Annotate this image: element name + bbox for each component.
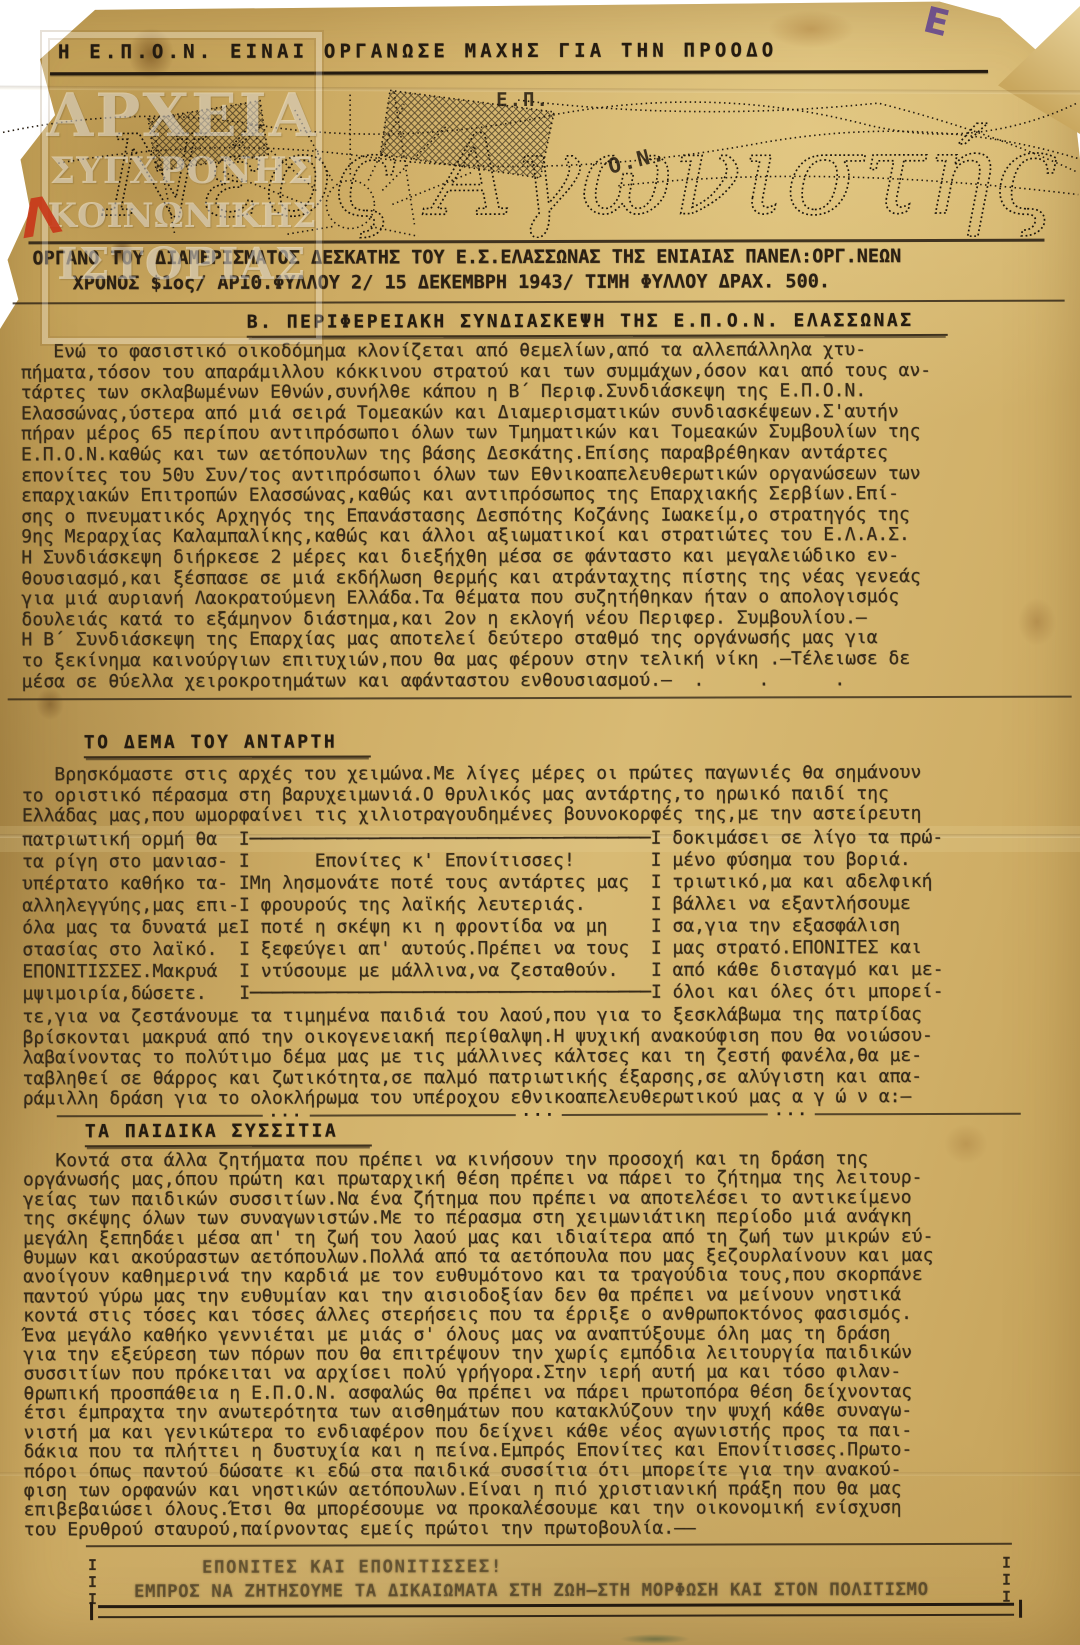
watermark-line: ΣΥΓΧΡΟΝΗΣ (50, 148, 314, 194)
column-text-line: ΕΠΟΝΙΤΙΣΣΕΣ.Μακρυά Ι ντύσουμε με μάλλινα… (22, 959, 943, 983)
footer-slogan-line1: ΕΠΟΝΙΤΕΣ ΚΑΙ ΕΠΟΝΙΤΙΣΣΕΣ! (202, 1557, 503, 1578)
edge-mark: Ι (88, 1557, 97, 1574)
text-line: του Ερυθρού σταυρού,παίρνοντας εμείς πρώ… (24, 1518, 934, 1540)
watermark-line: ΑΡΧΕΙΑ (47, 84, 318, 148)
column-text-line: όλα μας τα δυνατά μεΙ ποτέ η σκέψη κι η … (22, 915, 943, 939)
footer-edge-marks-right: ΙΙΙ (1002, 1555, 1011, 1606)
column-text-line: στασίας στο λαϊκό. Ι ξεφεύγει απ' αυτούς… (22, 937, 943, 961)
article1-heading: Β. ΠΕΡΙΦΕΡΕΙΑΚΗ ΣΥΝΔΙΑΣΚΕΨΗ ΤΗΣ Ε.Π.Ο.Ν.… (247, 310, 948, 338)
article2-body-top: Βρησκόμαστε στις αρχές του χειμώνα.Με λί… (22, 763, 922, 827)
edge-mark: Ι (88, 1574, 97, 1591)
footer-heavy-rule (98, 1603, 1014, 1618)
footer-slogan-line2: ΕΜΠΡΟΣ ΝΑ ΖΗΤΗΣΟΥΜΕ ΤΑ ΔΙΚΑΙΩΜΑΤΑ ΣΤΗ ΖΩ… (134, 1580, 929, 1602)
flag-label-ep: Ε.Π. (496, 89, 550, 111)
article1-body: Ενώ το φασιστικό οικοδόμημα κλονίζεται α… (21, 340, 932, 692)
article3-body: Κοντά στα άλλα ζητήματα που πρέπει να κι… (23, 1149, 934, 1540)
article2-body-bottom: τε,για να ζεστάνουμε τα τιμημένα παιδιά … (22, 1005, 933, 1110)
watermark-line: ΙΣΤΟΡΙΑΣ (57, 238, 307, 292)
newspaper-page: Η Ε.Π.Ο.Ν. ΕΙΝΑΙ ΟΡΓΑΝΩΣΕ ΜΑΧΗΣ ΓΙΑ ΤΗΝ … (0, 0, 1080, 1645)
text-line: Ελλάδας μας,που ωμορφαίνει τις χιλιοτραγ… (22, 804, 922, 827)
article2-heading: ΤΟ ΔΕΜΑ ΤΟΥ ΑΝΤΑΡΤΗ (84, 731, 371, 758)
footer-edge-marks-left: ΙΙΙ (88, 1557, 97, 1608)
archive-watermark: ΑΡΧΕΙΑ ΣΥΓΧΡΟΝΗΣ ΚΟΙΝΩΝΙΚΗΣ ΙΣΤΟΡΙΑΣ (42, 32, 322, 344)
article2-column-block: πατριωτική ορμή θα Ι────────────────────… (22, 827, 944, 1005)
column-text-line: τα ρίγη στο μανιασ- Ι Επονίτες κ' Επονίτ… (22, 849, 943, 873)
column-text-line: υπέρτατο καθήκο τα- ΙΜη λησμονάτε ποτέ τ… (22, 871, 943, 895)
column-text-line: μψιμοιρία,δώσετε. Ι─────────────────────… (22, 981, 943, 1005)
article3-heading: ΤΑ ΠΑΙΔΙΚΑ ΣΥΣΣΙΤΙΑ (85, 1120, 372, 1147)
column-text-line: αλληλεγγύης,μας επι-Ι φρουρούς της λαϊκή… (22, 893, 943, 917)
text-line: μέσα σε θύελλα χειροκροτημάτων και αφάντ… (22, 669, 932, 692)
edge-mark: Ι (1002, 1572, 1011, 1589)
text-line: επιβεβαιώσει όλους.Έτσι θα μπορέσουμε να… (24, 1498, 934, 1520)
watermark-line: ΚΟΙΝΩΝΙΚΗΣ (47, 194, 316, 238)
section-divider-rule (8, 696, 1072, 701)
column-text-line: πατριωτική ορμή θα Ι────────────────────… (22, 827, 943, 851)
dotted-separator (57, 1111, 1021, 1120)
footer-top-rule (86, 1543, 1012, 1547)
edge-mark: Ι (1002, 1555, 1011, 1572)
